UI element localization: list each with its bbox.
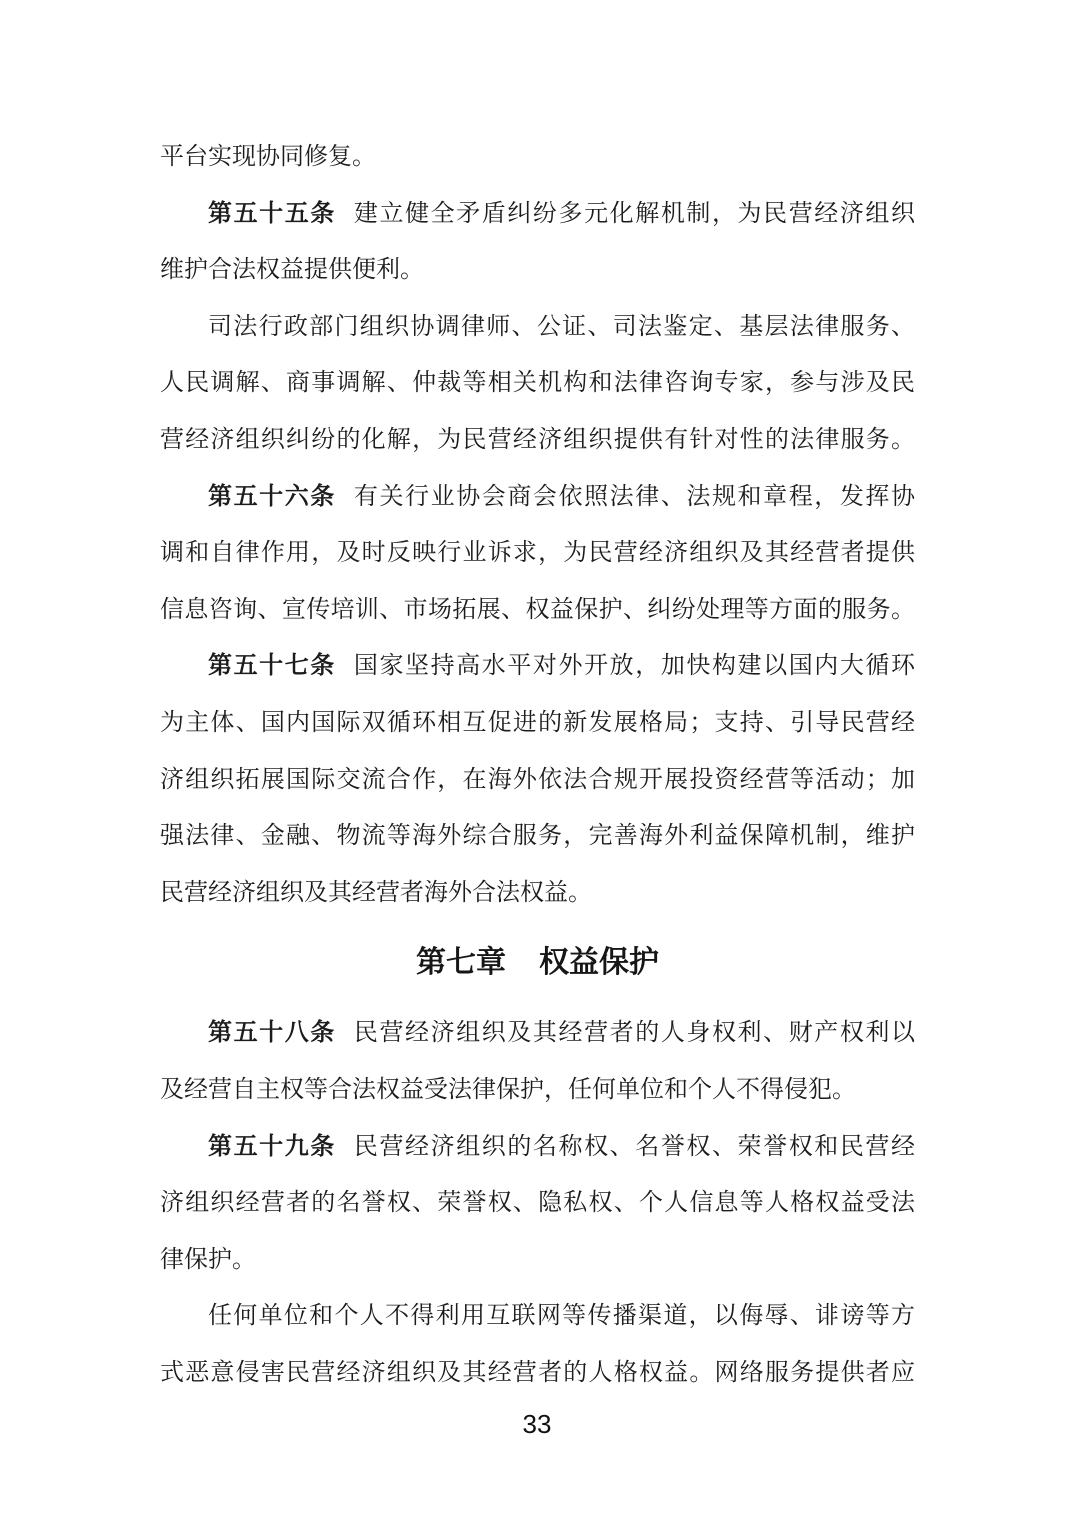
line-text: 建立健全矛盾纠纷多元化解机制，为民营经济组织 xyxy=(354,201,915,227)
text-line: 及经营自主权等合法权益受法律保护，任何单位和个人不得侵犯。 xyxy=(160,1062,915,1119)
line-text: 人民调解、商事调解、仲裁等相关机构和法律咨询专家，参与涉及民 xyxy=(160,370,915,396)
text-line: 第五十五条建立健全矛盾纠纷多元化解机制，为民营经济组织 xyxy=(160,186,915,243)
line-text: 强法律、金融、物流等海外综合服务，完善海外利益保障机制，维护 xyxy=(160,823,915,849)
line-text: 有关行业协会商会依照法律、法规和章程，发挥协 xyxy=(354,484,915,510)
article-number: 第五十五条 xyxy=(208,201,336,227)
text-line: 第五十八条民营经济组织及其经营者的人身权利、财产权利以 xyxy=(160,1005,915,1062)
text-line: 人民调解、商事调解、仲裁等相关机构和法律咨询专家，参与涉及民 xyxy=(160,355,915,412)
line-text: 济组织拓展国际交流合作，在海外依法合规开展投资经营等活动；加 xyxy=(160,767,915,793)
text-line: 济组织经营者的名誉权、荣誉权、隐私权、个人信息等人格权益受法 xyxy=(160,1175,915,1232)
line-text: 式恶意侵害民营经济组织及其经营者的人格权益。网络服务提供者应 xyxy=(160,1360,915,1386)
text-line: 为主体、国内国际双循环相互促进的新发展格局；支持、引导民营经 xyxy=(160,695,915,752)
text-line: 营经济组织纠纷的化解，为民营经济组织提供有针对性的法律服务。 xyxy=(160,412,915,469)
article-number: 第五十七条 xyxy=(208,653,336,679)
text-line: 民营经济组织及其经营者海外合法权益。 xyxy=(160,865,915,922)
text-line: 平台实现协同修复。 xyxy=(160,129,915,186)
line-text: 民营经济组织及其经营者海外合法权益。 xyxy=(160,880,592,906)
text-line: 第五十九条民营经济组织的名称权、名誉权、荣誉权和民营经 xyxy=(160,1119,915,1176)
document-body: 平台实现协同修复。 第五十五条建立健全矛盾纠纷多元化解机制，为民营经济组织 维护… xyxy=(0,0,1074,1401)
text-line: 调和自律作用，及时反映行业诉求，为民营经济组织及其经营者提供 xyxy=(160,525,915,582)
line-text: 国家坚持高水平对外开放，加快构建以国内大循环 xyxy=(354,653,915,679)
text-line: 信息咨询、宣传培训、市场拓展、权益保护、纠纷处理等方面的服务。 xyxy=(160,582,915,639)
line-text: 司法行政部门组织协调律师、公证、司法鉴定、基层法律服务、 xyxy=(208,314,915,340)
chapter-heading: 第七章权益保护 xyxy=(160,921,915,1005)
line-text: 及经营自主权等合法权益受法律保护，任何单位和个人不得侵犯。 xyxy=(160,1077,856,1103)
text-line: 司法行政部门组织协调律师、公证、司法鉴定、基层法律服务、 xyxy=(160,299,915,356)
line-text: 调和自律作用，及时反映行业诉求，为民营经济组织及其经营者提供 xyxy=(160,540,915,566)
text-line: 第五十六条有关行业协会商会依照法律、法规和章程，发挥协 xyxy=(160,469,915,526)
chapter-title: 权益保护 xyxy=(539,946,659,979)
line-text: 营经济组织纠纷的化解，为民营经济组织提供有针对性的法律服务。 xyxy=(160,427,915,453)
text-line: 第五十七条国家坚持高水平对外开放，加快构建以国内大循环 xyxy=(160,638,915,695)
page-number: 33 xyxy=(0,1411,1074,1437)
article-number: 第五十九条 xyxy=(208,1134,336,1160)
line-text: 律保护。 xyxy=(160,1247,256,1273)
text-line: 强法律、金融、物流等海外综合服务，完善海外利益保障机制，维护 xyxy=(160,808,915,865)
chapter-number: 第七章 xyxy=(416,946,506,979)
text-line: 济组织拓展国际交流合作，在海外依法合规开展投资经营等活动；加 xyxy=(160,752,915,809)
text-line: 维护合法权益提供便利。 xyxy=(160,242,915,299)
document-page: 平台实现协同修复。 第五十五条建立健全矛盾纠纷多元化解机制，为民营经济组织 维护… xyxy=(0,0,1074,1520)
line-text: 信息咨询、宣传培训、市场拓展、权益保护、纠纷处理等方面的服务。 xyxy=(160,597,915,623)
text-line: 任何单位和个人不得利用互联网等传播渠道，以侮辱、诽谤等方 xyxy=(160,1288,915,1345)
article-number: 第五十八条 xyxy=(208,1020,336,1046)
line-text: 平台实现协同修复。 xyxy=(160,144,376,170)
line-text: 民营经济组织及其经营者的人身权利、财产权利以 xyxy=(354,1020,915,1046)
article-number: 第五十六条 xyxy=(208,484,336,510)
line-text: 为主体、国内国际双循环相互促进的新发展格局；支持、引导民营经 xyxy=(160,710,915,736)
line-text: 民营经济组织的名称权、名誉权、荣誉权和民营经 xyxy=(354,1134,915,1160)
text-line: 式恶意侵害民营经济组织及其经营者的人格权益。网络服务提供者应 xyxy=(160,1345,915,1402)
line-text: 维护合法权益提供便利。 xyxy=(160,257,424,283)
line-text: 任何单位和个人不得利用互联网等传播渠道，以侮辱、诽谤等方 xyxy=(208,1303,915,1329)
text-line: 律保护。 xyxy=(160,1232,915,1289)
line-text: 济组织经营者的名誉权、荣誉权、隐私权、个人信息等人格权益受法 xyxy=(160,1190,915,1216)
